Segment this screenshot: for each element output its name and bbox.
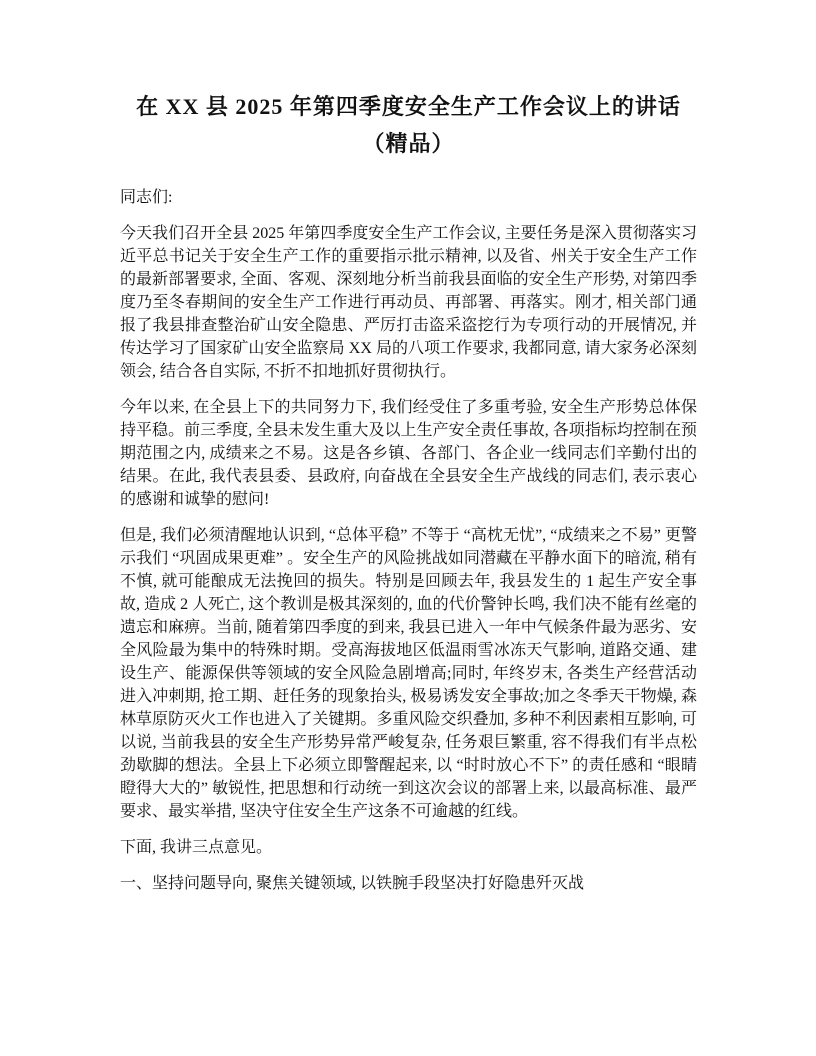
- paragraph-opening: 今天我们召开全县 2025 年第四季度安全生产工作会议, 主要任务是深入贯彻落实…: [120, 222, 697, 383]
- paragraph-risks: 但是, 我们必须清醒地认识到, “总体平稳” 不等于 “高枕无忧”, “成绩来之…: [120, 524, 697, 823]
- section-heading-1: 一、坚持问题导向, 聚焦关键领域, 以铁腕手段坚决打好隐患歼灭战: [120, 872, 697, 895]
- document-page: 在 XX 县 2025 年第四季度安全生产工作会议上的讲话 （精品） 同志们: …: [0, 0, 816, 1056]
- paragraph-achievements: 今年以来, 在全县上下的共同努力下, 我们经受住了多重考验, 安全生产形势总体保…: [120, 396, 697, 511]
- document-title-line-2: （精品）: [120, 125, 697, 162]
- transition-line: 下面, 我讲三点意见。: [120, 836, 697, 859]
- document-title: 在 XX 县 2025 年第四季度安全生产工作会议上的讲话 （精品）: [120, 88, 697, 162]
- document-title-line-1: 在 XX 县 2025 年第四季度安全生产工作会议上的讲话: [120, 88, 697, 125]
- salutation: 同志们:: [120, 186, 697, 209]
